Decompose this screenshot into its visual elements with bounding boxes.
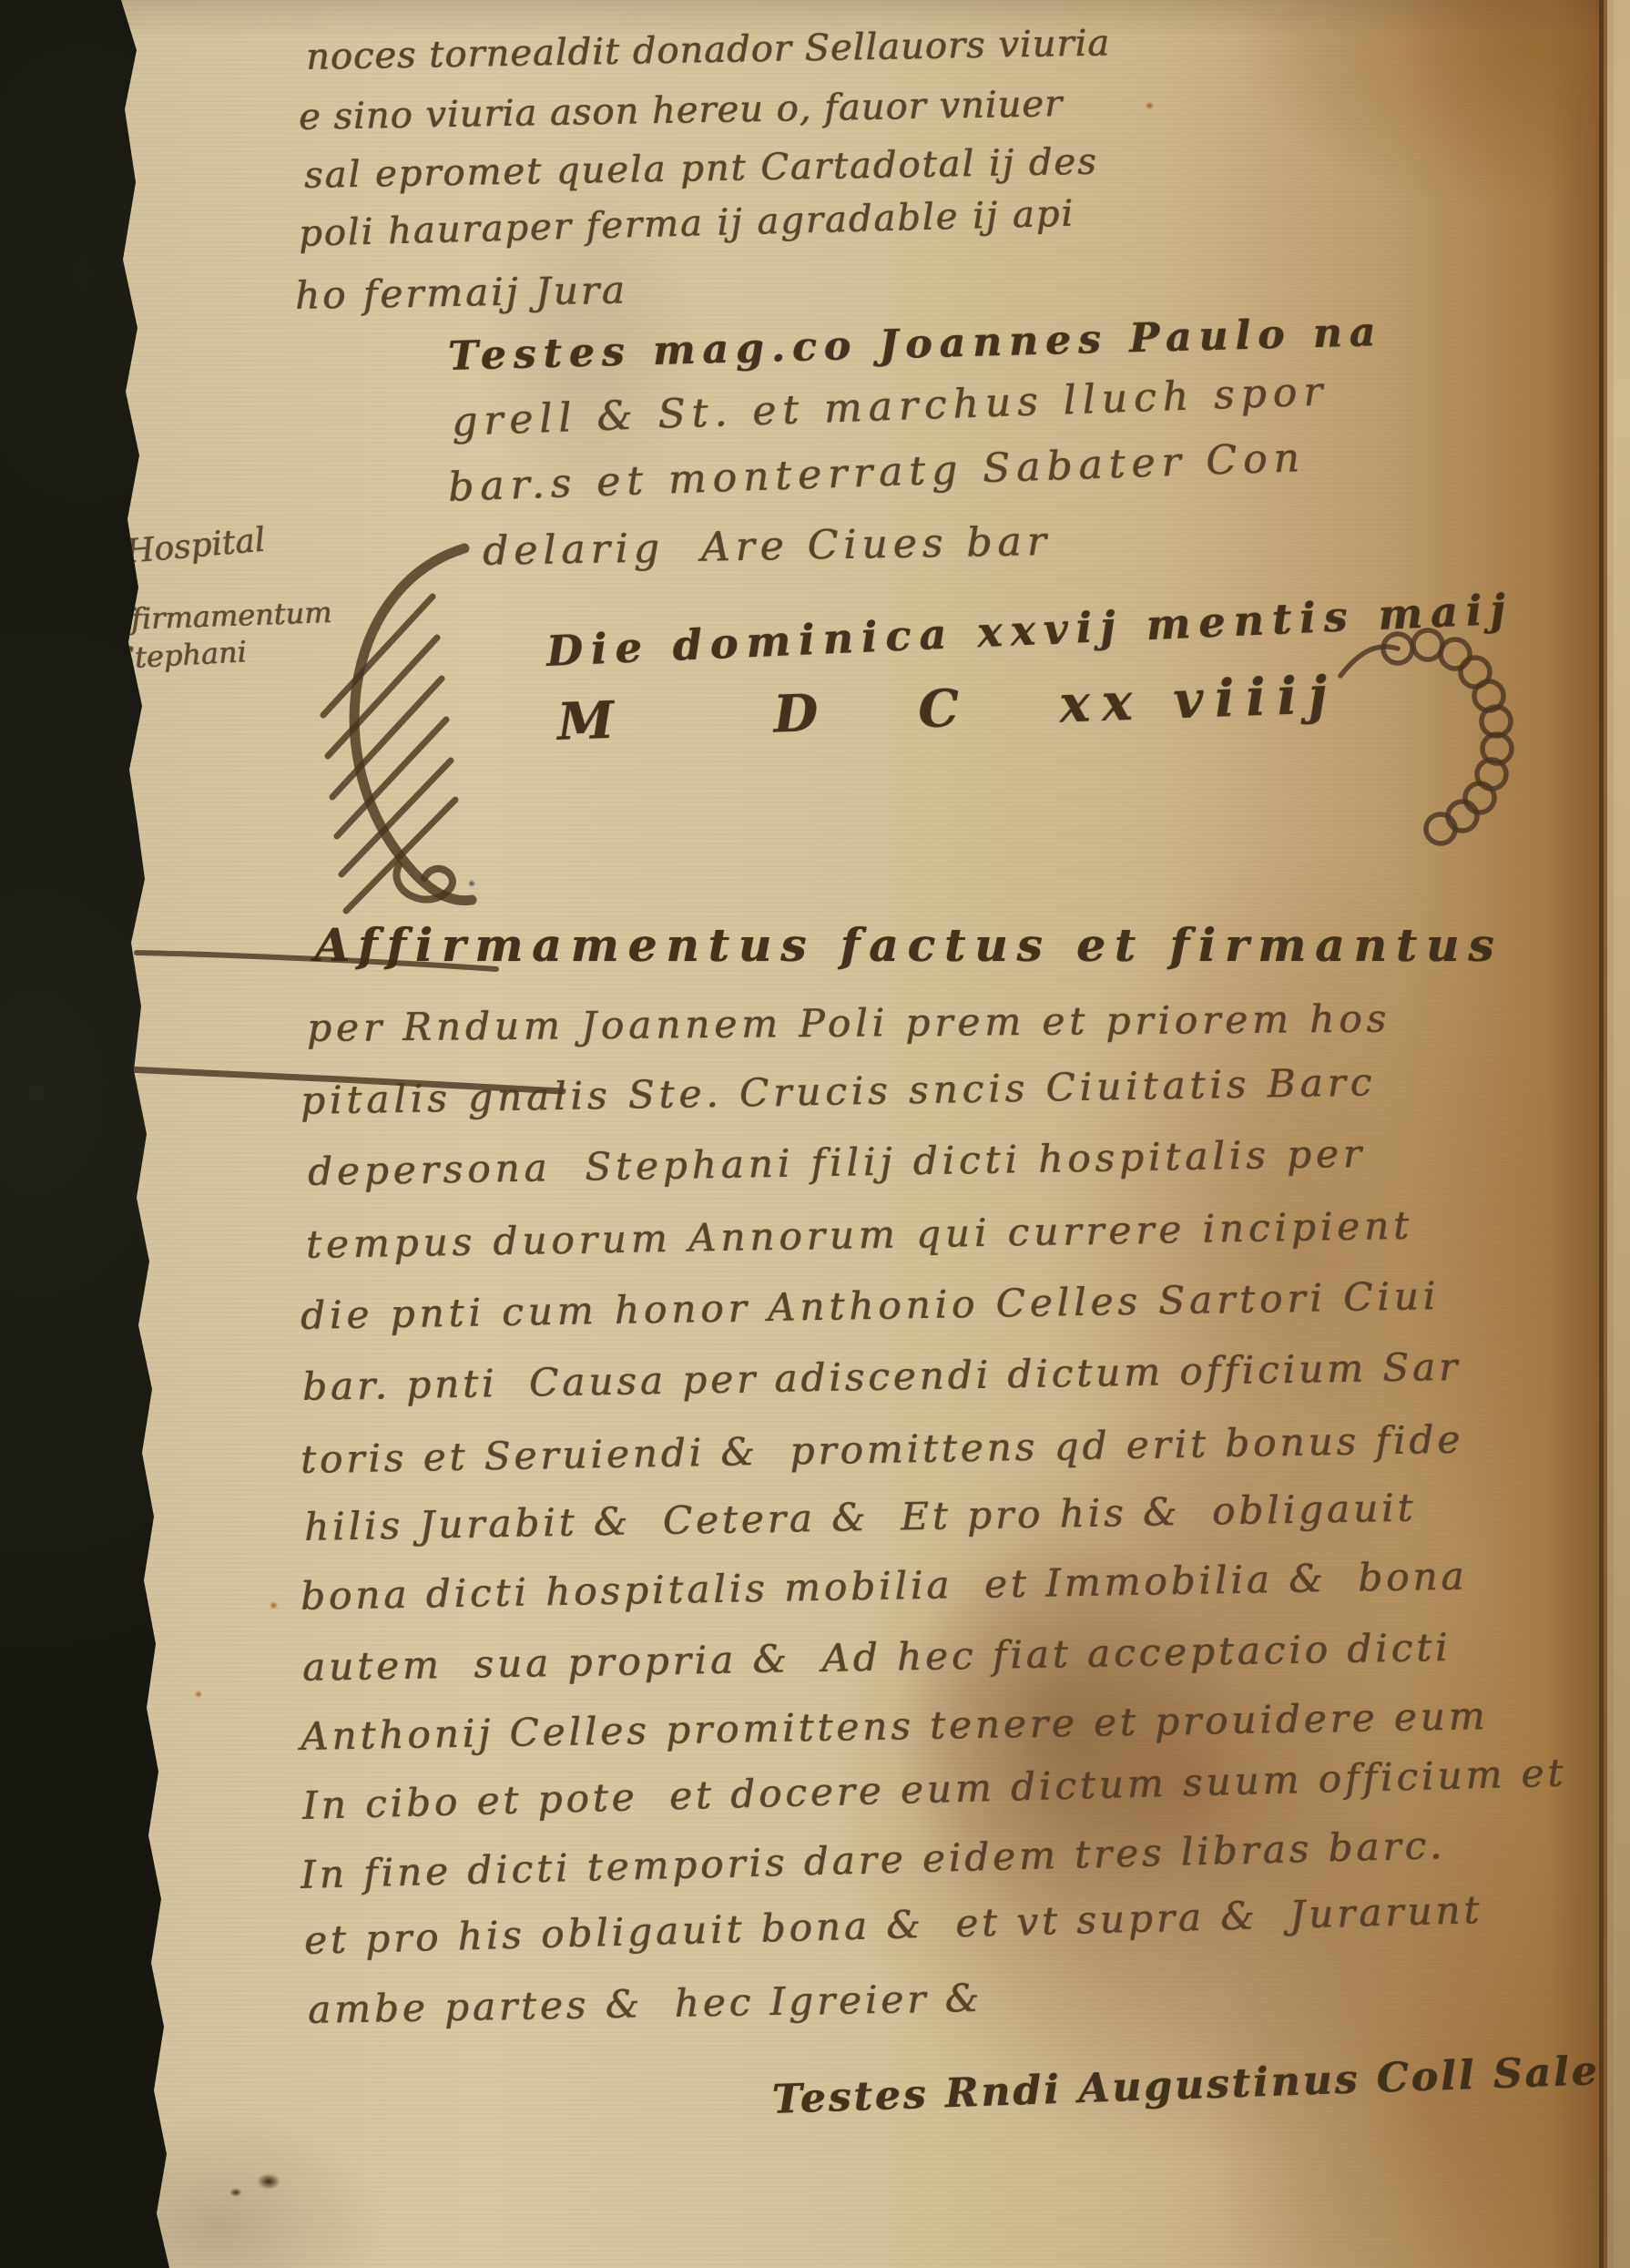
manuscript-line: ambe partes & hec Igreier & [308, 1976, 983, 2032]
manuscript-line: In cibo et pote et docere eum dictum suu… [301, 1751, 1566, 1828]
hatch-paragraph-flourish [323, 597, 455, 911]
manuscript-line: e sino viuria ason hereu o, fauor vniuer [299, 83, 1064, 138]
ink-spot [257, 2173, 280, 2190]
manuscript-line: ho fermaij Jura [295, 268, 628, 318]
ink-speck [468, 880, 475, 887]
manuscript-line: die pnti cum honor Anthonio Celles Sarto… [301, 1273, 1441, 1338]
manuscript-line: tempus duorum Annorum qui currere incipi… [306, 1203, 1414, 1267]
ink-spot [229, 2188, 242, 2197]
manuscript-line: M D C xx viiij [556, 665, 1340, 752]
loop-coil-flourish [1340, 630, 1512, 843]
manuscript-photo: HospitalAffirmamentumStephaninoces torne… [0, 0, 1630, 2268]
manuscript-line: autem sua propria & Ad hec fiat acceptac… [302, 1625, 1452, 1690]
margin-note: Hospital [124, 522, 267, 571]
fox-spot [270, 1601, 278, 1609]
manuscript-line: noces tornealdit donador Sellauors viuri… [306, 23, 1111, 78]
manuscript-line: bar.s et monterratg Sabater Con [447, 434, 1306, 511]
manuscript-line: bar. pnti Causa per adiscendi dictum off… [302, 1344, 1462, 1409]
manuscript-line: Testes mag.co Joannes Paulo na [447, 309, 1382, 380]
manuscript-line: toris et Seruiendi & promittens qd erit … [301, 1417, 1464, 1482]
manuscript-line: Affirmamentus factus et firmantus [314, 918, 1503, 972]
facing-page-edge [1599, 0, 1630, 2268]
manuscript-line: Testes Rndi Augustinus Coll Saleu [771, 2047, 1630, 2123]
manuscript-line: poli hauraper ferma ij agradable ij api [298, 193, 1075, 255]
manuscript-line: sal epromet quela pnt Cartadotal ij des [304, 141, 1098, 197]
manuscript-line: et pro his obligauit bona & et vt supra … [303, 1887, 1482, 1963]
manuscript-line: Die dominica xxvij mentis maij [545, 585, 1514, 676]
manuscript-line: grell & St. et marchus lluch spor [451, 368, 1329, 445]
manuscript-line: In fine dicti temporis dare eidem tres l… [300, 1823, 1446, 1897]
margin-note: Stephani [114, 634, 248, 676]
margin-note: Affirmamentum [99, 595, 332, 638]
manuscript-line: delarig Are Ciues bar [483, 518, 1052, 575]
crescent-flourish [354, 548, 472, 901]
manuscript-line: bona dicti hospitalis mobilia et Immobil… [301, 1554, 1468, 1619]
manuscript-line: per Rndum Joannem Poli prem et priorem h… [307, 996, 1391, 1050]
fox-spot [195, 1691, 202, 1698]
tail-curl-flourish [396, 865, 452, 900]
manuscript-line: pitalis gnalis Ste. Crucis sncis Ciuitat… [301, 1059, 1377, 1123]
manuscript-page: HospitalAffirmamentumStephaninoces torne… [0, 0, 1601, 2268]
manuscript-line: depersona Stephani filij dicti hospitali… [308, 1131, 1367, 1194]
manuscript-line: Anthonij Celles promittens tenere et pro… [301, 1693, 1489, 1759]
manuscript-line: hilis Jurabit & Cetera & Et pro his & ob… [304, 1486, 1417, 1549]
fox-spot [1146, 102, 1154, 109]
